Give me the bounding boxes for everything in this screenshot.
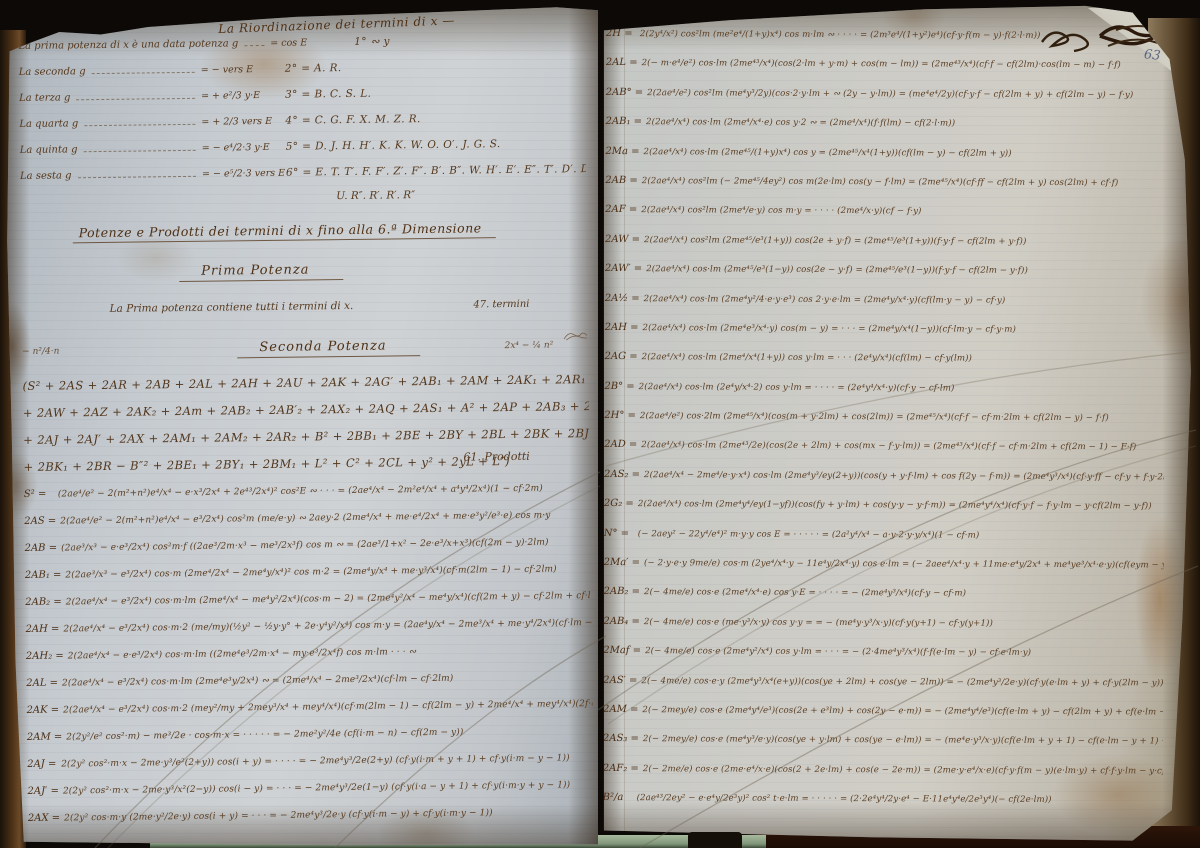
- intro-value: = + e²/3 y·E: [201, 90, 285, 102]
- equation-row: 2AB₁ = 2(2ae⁴/x⁴) cos·lm (2me⁴/x⁴·e) cos…: [605, 116, 1165, 148]
- equation-row: 2AF = 2(2ae⁴/x⁴) cos²lm (2me⁴/e·y) cos m…: [605, 204, 1165, 236]
- equation-row: 2AD = 2(2ae⁴/x⁴) cos·lm (2me⁴³/2e)(cos(2…: [604, 439, 1164, 471]
- equation-text: (2ae⁴³/2ey² − e·e⁴y/2e³y)² cos² t·e·lm =…: [637, 793, 1052, 805]
- equation-row: 2AM = 2(− 2mey/e) cos·e (2me⁴y⁴/e³)(cos(…: [603, 704, 1163, 736]
- equation-label: 2AF₂ =: [603, 763, 639, 774]
- equation-text: 2(2ae⁴/x⁴) cos·lm (2me⁴y²/4·e·y·e³) cos …: [644, 294, 1006, 306]
- equation-text: (− 2·y·e·y 9me/e) cos·m (2ye⁴/x⁴·y − 11e…: [644, 558, 1164, 571]
- intro-ordinal: 3° = B. C. S. L.: [285, 85, 585, 101]
- equation-label: 2AK =: [26, 705, 59, 716]
- intro-ordinal: 1° ∾ y: [354, 33, 584, 48]
- equation-label: 2AJ =: [27, 759, 57, 770]
- equation-label: 2AM =: [27, 732, 63, 743]
- equation-row: 2AH = 2(2ae⁴/x⁴) cos·lm (2me⁴e³/x⁴·y) co…: [605, 322, 1165, 354]
- intro-value: = − vers E: [201, 64, 285, 76]
- equation-text: 2(2y²/e² cos²·m) − me³/2e · cos·m·x = · …: [66, 728, 463, 743]
- equation-label: 2AS′ =: [603, 675, 637, 686]
- equation-label: 2AB₄ =: [603, 616, 640, 627]
- equation-label: 2AM =: [603, 704, 638, 715]
- margin-note-left: − n²/4·n: [22, 347, 59, 357]
- equation-list-right: 2H = 2(2y⁴/x²) cos²lm (me²e⁴/(1+y)x⁴) co…: [603, 28, 1166, 824]
- equation-text: 2(− 4me/e) cos·e (2me⁴y²/x⁴) cos y·lm = …: [645, 646, 1031, 658]
- equation-label: 2AB₂ =: [25, 597, 62, 608]
- equation-label: 2AB° =: [606, 87, 644, 98]
- equation-label: 2Maf =: [603, 645, 641, 656]
- page-title: La Riordinazione dei termini di x —: [218, 9, 584, 36]
- equation-row: 2AL = 2(− m·e⁴/e²) cos·lm (2me⁴³/x⁴)(cos…: [606, 57, 1166, 89]
- binding-clip: [688, 832, 742, 848]
- equation-list-left: S² = (2ae⁴/e² − 2(m²+n²)e⁴/x⁴ − e·x³/2x⁴…: [24, 482, 594, 840]
- equation-label: 2AB =: [605, 175, 638, 186]
- equation-text: 2(2ae⁴/x⁴) cos·lm (2me⁴/x⁴(1+y)) cos y·l…: [642, 352, 972, 363]
- equation-text: 2(2ae⁴/x⁴) cos²lm (2me⁴⁵/e³(1+y)) cos(2e…: [644, 235, 1026, 247]
- intro-list: La prima potenza di x è una data potenza…: [18, 33, 586, 196]
- equation-label: 2AW′ =: [605, 263, 642, 274]
- equation-label: 2G₂ =: [604, 498, 634, 509]
- equation-text: 2(2ae⁴/x⁴ − 2me⁴/e·y·x⁴) cos·lm (2me⁴y³/…: [644, 470, 1164, 483]
- equation-row: 2AS′ = 2(− 4me/e) cos·e·y (2me⁴y³/x⁴(e+y…: [603, 675, 1163, 707]
- equation-text: (2ae⁴/e² − 2(m²+n²)e⁴/x⁴ − e·x³/2x⁴ + 2e…: [58, 484, 543, 500]
- intro-ordinal: 5° = D. J. H. H′. K. K. W. O. O′. J. G. …: [286, 137, 586, 153]
- equation-row: 2H° = 2(2ae⁴/e²) cos·2lm (2me⁴⁵/x⁴)(cos(…: [604, 410, 1164, 442]
- equation-row: N° = (− 2aey² − 22y⁴/e⁴)² m·y·y cos E = …: [604, 528, 1164, 560]
- equation-text: 2(− 2mey/e) cos·e (2me⁴y⁴/e³)(cos(2e + e…: [642, 705, 1163, 718]
- left-page: La Riordinazione dei termini di x — La p…: [6, 6, 598, 846]
- seconda-potenza-heading: Seconda Potenza: [237, 338, 420, 358]
- intro-value: = − e⁴/2·3 y·E: [202, 142, 286, 154]
- equation-label: 2AJ′ =: [27, 786, 59, 797]
- equation-label: 2AW =: [605, 234, 640, 245]
- equation-row: 2AS₃ = 2(− 2mey/e) cos·e (me⁴y³/e·y)(cos…: [603, 733, 1163, 765]
- equation-label: 2AX =: [28, 813, 60, 824]
- equation-label: 2A½ =: [605, 293, 640, 304]
- equation-row: B²∕a (2ae⁴³/2ey² − e·e⁴y/2e³y)² cos² t·e…: [603, 792, 1163, 824]
- leader-dashes: [84, 150, 196, 152]
- equation-label: N° =: [604, 528, 634, 539]
- seconda-potenza-row: − n²/4·n Seconda Potenza 2x⁴ − ¼ n²: [22, 325, 588, 361]
- leader-dashes: [92, 72, 195, 74]
- prima-potenza-heading: Prima Potenza: [179, 262, 343, 282]
- termini-count: 47. termini: [473, 299, 529, 311]
- equation-row: 2AB₂ = 2(− 4me/e) cos·e (2me⁴/x⁴·e) cos …: [603, 586, 1163, 618]
- leader-dashes: [244, 45, 264, 46]
- equation-text: 2(2ae⁴/x⁴ − e³/2x⁴) cos·m·lm (2me⁴e³y/2x…: [62, 674, 453, 689]
- equation-row: 2AB° = 2(2ae⁴/e²) cos²lm (me⁴y³/2y)(cos·…: [606, 87, 1166, 119]
- left-page-content: La Riordinazione dei termini di x — La p…: [18, 5, 594, 840]
- equation-text: 2(2ae⁴/x⁴) cos·lm (2me⁴³/2e)(cos(2e + 2l…: [641, 441, 1136, 453]
- equation-row: 2AS₂ = 2(2ae⁴/x⁴ − 2me⁴/e·y·x⁴) cos·lm (…: [604, 469, 1164, 501]
- equation-label: 2AG =: [605, 351, 638, 362]
- right-page: 63 2H = 2(2y⁴/x²) cos²lm (me²e⁴/(1+y)x⁴)…: [598, 0, 1192, 844]
- equation-row: 2AW′ = 2(2ae⁴/x⁴) cos·lm (2me⁴⁵/e³(1−y))…: [605, 263, 1165, 295]
- equation-label: 2AD =: [604, 439, 637, 450]
- intro-label: La prima potenza di x è una data potenza…: [18, 38, 238, 52]
- ink-flourish-icon: [563, 325, 588, 347]
- intro-ordinal: 4° = C. G. F. X. M. Z. R.: [285, 111, 585, 127]
- right-page-content: 2H = 2(2y⁴/x²) cos²lm (me²e⁴/(1+y)x⁴) co…: [603, 20, 1166, 824]
- equation-text: 2(2ae⁴/x⁴) cos·lm (2me⁴/x⁴·e) cos y·2 ∾ …: [646, 117, 955, 128]
- equation-text: 2(2ae⁴/x⁴) cos·lm (2me⁴⁵/(1+y)x⁴) cos y …: [644, 147, 1012, 159]
- leader-dashes: [84, 124, 195, 126]
- equation-text: 2(− 2mey/e) cos·e (me⁴y³/e·y)(cos(ye + y…: [643, 735, 1163, 748]
- equation-label: 2Ma =: [605, 146, 639, 157]
- equation-row: 2AB₄ = 2(− 4me/e) cos·e (me·y³/x·y) cos …: [603, 616, 1163, 648]
- equation-text: (− 2aey² − 22y⁴/e⁴)² m·y·y cos E = · · ·…: [638, 529, 980, 540]
- equation-text: 2(2ae⁴/x⁴) cos²lm (− 2me⁴⁵/4ey²) cos m(2…: [642, 176, 1119, 188]
- equation-text: 2(2y⁴/x²) cos²lm (me²e⁴/(1+y)x⁴) cos m·l…: [640, 29, 1041, 41]
- intro-ordinal: 6° = E. T. T′. F. F′. Z′. F″. B′. B″. W.…: [286, 163, 586, 179]
- intro-value: = + 2/3 vers E: [201, 116, 285, 128]
- intro-label: La sesta g: [20, 170, 72, 182]
- equation-text: 2(− 4me/e) cos·e (me·y³/x·y) cos y·y = =…: [644, 617, 993, 629]
- equation-row: 2AF₂ = 2(− 2me/e) cos·e (2me·e⁴/x·e)(cos…: [603, 763, 1163, 795]
- equation-row: 2AX = 2(2y² cos·m·y (2me·y²/2e·y) cos(i …: [28, 806, 594, 840]
- intro-label: La terza g: [19, 92, 70, 104]
- intro-value: = − e⁵/2·3 vers E: [202, 168, 286, 180]
- equation-text: 2(2ae⁴/x⁴) cos·lm (2me⁴y⁴/ey(1−yf))(cos(…: [638, 499, 1152, 511]
- equation-text: 2(2ae⁴/e²) cos·2lm (2me⁴⁵/x⁴)(cos(m + y·…: [640, 411, 1109, 423]
- equation-label: 2H =: [606, 28, 636, 39]
- intro-label: La quinta g: [20, 144, 78, 156]
- equation-row: 2B° = 2(2ae⁴/x⁴) cos·lm (2e⁴y/x⁴·2) cos …: [604, 381, 1164, 413]
- equation-text: 2(2ae⁴/x⁴) cos·lm (2me⁴e³/x⁴·y) cos(m − …: [643, 323, 1016, 335]
- equation-label: 2B° =: [604, 381, 634, 392]
- intro-label: La quarta g: [19, 118, 78, 130]
- equation-label: 2AS₂ =: [604, 469, 640, 480]
- equation-row: 2G₂ = 2(2ae⁴/x⁴) cos·lm (2me⁴y⁴/ey(1−yf)…: [604, 498, 1164, 530]
- equation-label: B²∕a: [603, 792, 633, 803]
- equation-row: 2Maf = 2(− 4me/e) cos·e (2me⁴y²/x⁴) cos …: [603, 645, 1163, 677]
- equation-label: 2AL =: [26, 678, 58, 689]
- page-number: 63: [1143, 47, 1161, 64]
- equation-label: 2AB₁ =: [25, 570, 62, 581]
- section-heading: Potenze e Prodotti dei termini di x fino…: [73, 220, 496, 243]
- equation-row: 2AW = 2(2ae⁴/x⁴) cos²lm (2me⁴⁵/e³(1+y)) …: [605, 234, 1165, 266]
- equation-text: 2(− 4me/e) cos·e (2me⁴/x⁴·e) cos y·E = ·…: [644, 588, 966, 599]
- equation-label: 2AS =: [24, 516, 56, 527]
- manuscript-photo: La Riordinazione dei termini di x — La p…: [0, 0, 1200, 848]
- intro-label: La seconda g: [19, 66, 86, 78]
- equation-label: 2AH₂ =: [26, 650, 64, 661]
- equation-label: 2AL =: [606, 57, 638, 68]
- equation-label: 2AB₁ =: [606, 116, 643, 127]
- equation-row: 2Ma′ = (− 2·y·e·y 9me/e) cos·m (2ye⁴/x⁴·…: [604, 557, 1164, 589]
- equation-row: 2AG = 2(2ae⁴/x⁴) cos·lm (2me⁴/x⁴(1+y)) c…: [604, 351, 1164, 383]
- equation-label: 2AH =: [605, 322, 639, 333]
- equation-row: 2Ma = 2(2ae⁴/x⁴) cos·lm (2me⁴⁵/(1+y)x⁴) …: [605, 146, 1165, 178]
- equation-text: 2(2ae⁴/x⁴ − e·e³/2x⁴) cos·m·lm ((2me⁴e³/…: [68, 647, 417, 661]
- equation-text: 2(2ae⁴/e²) cos²lm (me⁴y³/2y)(cos·2·y·lm …: [647, 88, 1133, 100]
- equation-text: 2(2ae⁴/x⁴) cos·lm (2e⁴y/x⁴·2) cos y·lm =…: [639, 382, 955, 393]
- equation-text: 2(2ae⁴/x⁴) cos²lm (2me⁴/e·y) cos m·y = ·…: [641, 205, 921, 216]
- equation-label: 2AS₃ =: [603, 733, 639, 744]
- equation-label: 2AB₂ =: [603, 586, 640, 597]
- leader-dashes: [76, 98, 195, 100]
- equation-row: 2AB = 2(2ae⁴/x⁴) cos²lm (− 2me⁴⁵/4ey²) c…: [605, 175, 1165, 207]
- intro-ordinal: 2° = A. R.: [285, 59, 585, 75]
- equation-label: 2AF =: [605, 204, 637, 215]
- equation-label: 2H° =: [604, 410, 636, 421]
- series-block: (S² + 2AS + 2AR + 2AB + 2AL + 2AH + 2AU …: [22, 366, 589, 481]
- margin-note-right: 2x⁴ − ¼ n²: [505, 340, 554, 351]
- equation-text: 2(2ae⁴/x⁴) cos·lm (2me⁴⁵/e³(1−y)) cos(2e…: [646, 264, 1028, 276]
- leader-dashes: [78, 176, 196, 178]
- equation-label: 2Ma′ =: [604, 557, 640, 568]
- equation-text: 2(− 2me/e) cos·e (2me·e⁴/x·e)(cos(2 + 2e…: [643, 764, 1163, 777]
- prima-line: La Prima potenza contiene tutti i termin…: [110, 297, 588, 315]
- equation-text: 2(− 4me/e) cos·e·y (2me⁴y³/x⁴(e+y))(cos(…: [641, 676, 1163, 688]
- intro-value: = cos E: [270, 37, 354, 49]
- equation-label: 2AB =: [24, 543, 57, 554]
- equation-label: S² =: [24, 489, 54, 500]
- prima-line-text: La Prima potenza contiene tutti i termin…: [110, 300, 354, 315]
- equation-row: 2A½ = 2(2ae⁴/x⁴) cos·lm (2me⁴y²/4·e·y·e³…: [605, 293, 1165, 325]
- ordinal-overflow: U. R″. R′. R′. R″: [336, 187, 586, 208]
- equation-label: 2AH =: [25, 624, 59, 635]
